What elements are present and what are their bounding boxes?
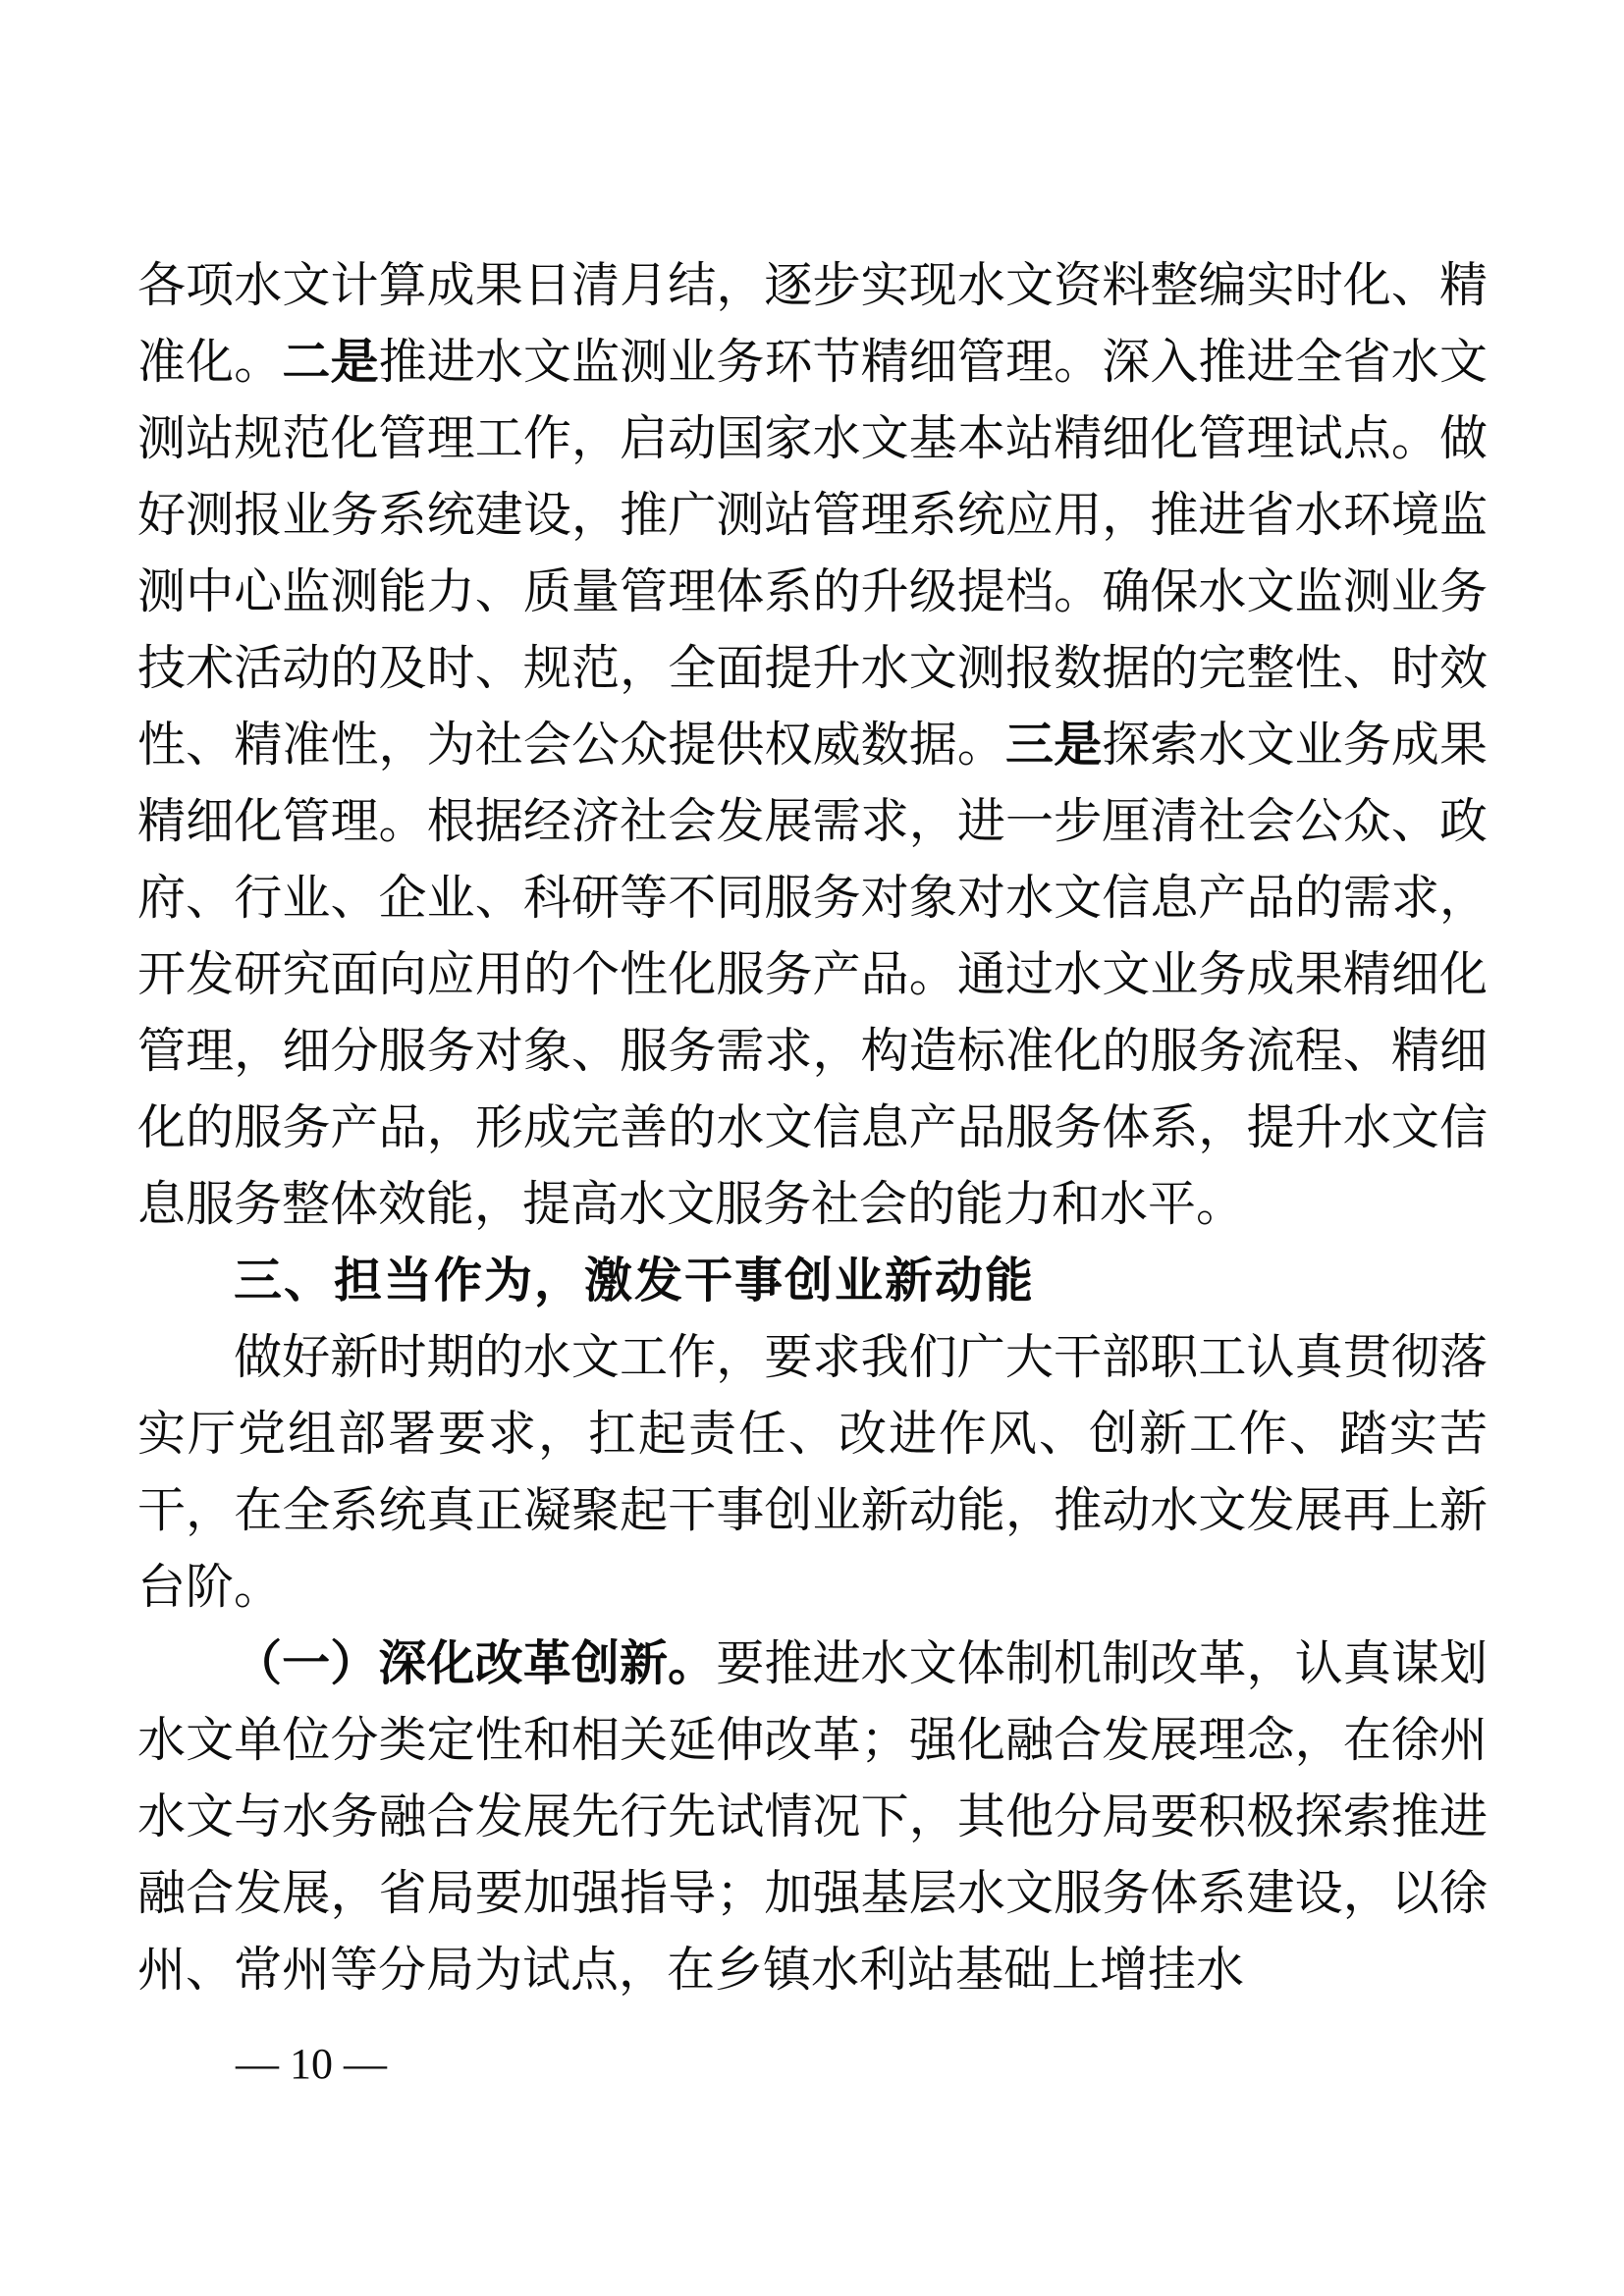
- text-segment: 要推进水文体制机制改革，认真谋划水文单位分类定性和相关延伸改革；强化融合发展理念…: [137, 1636, 1488, 1997]
- page-number: — 10 —: [236, 2040, 387, 2089]
- emphasis-segment: （一）深化改革创新。: [234, 1636, 716, 1690]
- text-segment: 探索水文业务成果精细化管理。根据经济社会发展需求，进一步厘清社会公众、政府、行业…: [137, 718, 1488, 1231]
- paragraph: 各项水文计算成果日清月结，逐步实现水文资料整编实时化、精准化。二是推进水文监测业…: [137, 247, 1488, 1243]
- paragraph: （一）深化改革创新。要推进水文体制机制改革，认真谋划水文单位分类定性和相关延伸改…: [137, 1626, 1488, 2008]
- emphasis-segment: 三是: [1005, 719, 1102, 772]
- section-heading: 三、担当作为，激发干事创业新动能: [137, 1243, 1488, 1319]
- text-segment: 做好新时期的水文工作，要求我们广大干部职工认真贯彻落实厅党组部署要求，扛起责任、…: [137, 1330, 1488, 1614]
- text-segment: 推进水文监测业务环节精细管理。深入推进全省水文测站规范化管理工作，启动国家水文基…: [137, 335, 1488, 772]
- paragraph: 做好新时期的水文工作，要求我们广大干部职工认真贯彻落实厅党组部署要求，扛起责任、…: [137, 1319, 1488, 1626]
- emphasis-segment: 二是: [282, 336, 378, 389]
- emphasis-segment: 三、担当作为，激发干事创业新动能: [234, 1255, 1035, 1308]
- document-page: 各项水文计算成果日清月结，逐步实现水文资料整编实时化、精准化。二是推进水文监测业…: [0, 0, 1624, 2296]
- document-body: 各项水文计算成果日清月结，逐步实现水文资料整编实时化、精准化。二是推进水文监测业…: [137, 247, 1488, 2008]
